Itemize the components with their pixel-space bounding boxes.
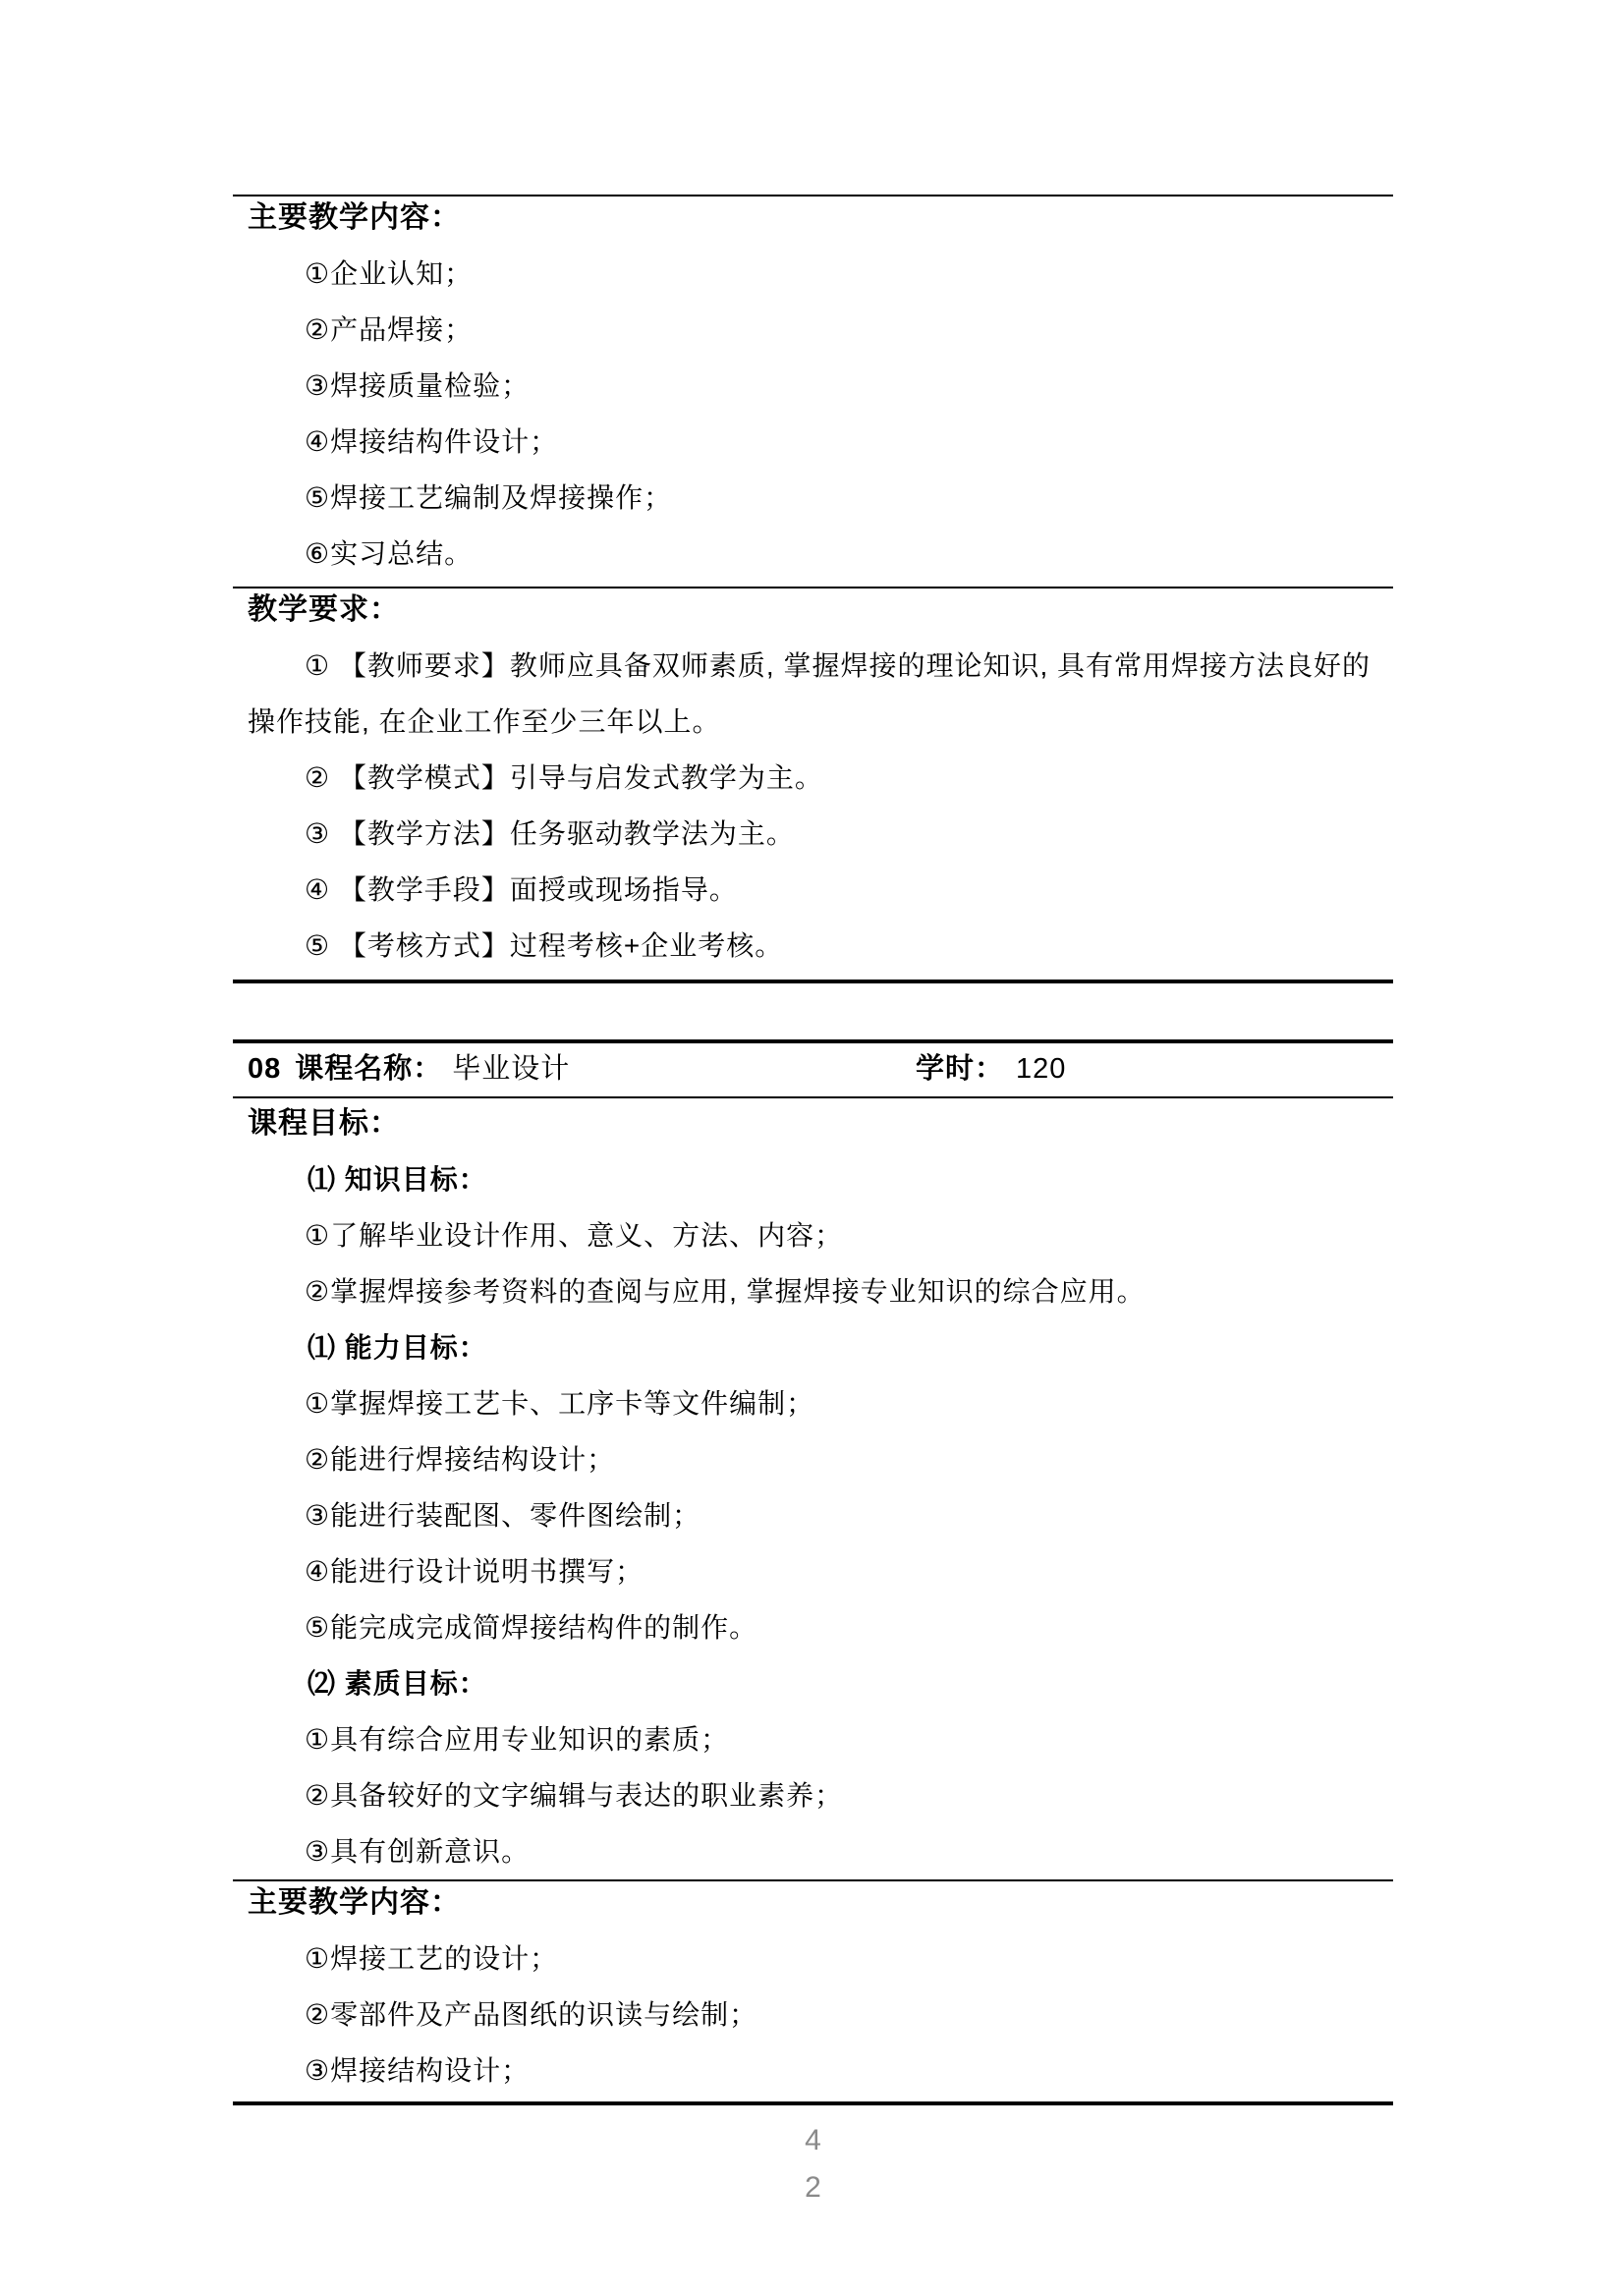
list-item: ⑥实习总结。 [233, 526, 1393, 582]
list-item: ①了解毕业设计作用、意义、方法、内容； [233, 1207, 1393, 1263]
section-teaching-content-prev: 主要教学内容： ①企业认知； ②产品焊接； ③焊接质量检验； ④焊接结构件设计；… [233, 195, 1393, 582]
list-item: ③能进行装配图、零件图绘制； [233, 1487, 1393, 1543]
subsection-title: ⑵ 素质目标： [233, 1655, 1393, 1711]
list-item: ②掌握焊接参考资料的查阅与应用, 掌握焊接专业知识的综合应用。 [233, 1263, 1393, 1319]
numbered-list: ①焊接工艺的设计； ②零部件及产品图纸的识读与绘制； ③焊接结构设计； [233, 1931, 1393, 2099]
page-number: 2 [233, 2171, 1393, 2205]
subsection-title: ⑴ 能力目标： [233, 1319, 1393, 1375]
numbered-list: ①企业认知； ②产品焊接； ③焊接质量检验； ④焊接结构件设计； ⑤焊接工艺编制… [233, 246, 1393, 582]
course-number: 08 [248, 1053, 281, 1085]
page-number: 4 [233, 2124, 1393, 2157]
course-hours-label: 学时： [916, 1053, 1004, 1085]
list-item: ②具备较好的文字编辑与表达的职业素养； [233, 1767, 1393, 1823]
list-item: ⑤ 【考核方式】过程考核+企业考核。 [233, 918, 1393, 974]
list-item: ③焊接质量检验； [233, 358, 1393, 414]
list-item: ②零部件及产品图纸的识读与绘制； [233, 1987, 1393, 2043]
list-item: ①企业认知； [233, 246, 1393, 302]
list-item: ② 【教学模式】引导与启发式教学为主。 [233, 750, 1393, 806]
course-hours-value: 120 [1016, 1053, 1066, 1085]
section-heading: 教学要求： [233, 588, 1393, 632]
numbered-list: ② 【教学模式】引导与启发式教学为主。 ③ 【教学方法】任务驱动教学法为主。 ④… [233, 750, 1393, 974]
list-item: ①具有综合应用专业知识的素质； [233, 1711, 1393, 1767]
requirement-paragraph: ① 【教师要求】教师应具备双师素质, 掌握焊接的理论知识, 具有常用焊接方法良好… [233, 638, 1393, 750]
list-item: ⑤焊接工艺编制及焊接操作； [233, 470, 1393, 526]
list-item: ③焊接结构设计； [233, 2043, 1393, 2099]
list-item: ③ 【教学方法】任务驱动教学法为主。 [233, 806, 1393, 862]
course-name-group: 08课程名称：毕业设计 [233, 1053, 570, 1085]
section-heading: 课程目标： [233, 1098, 1393, 1146]
course-name-value: 毕业设计 [452, 1053, 570, 1085]
course-header-row: 08课程名称：毕业设计 学时：120 [233, 1039, 1393, 1098]
subsection-title: ⑴ 知识目标： [233, 1151, 1393, 1207]
list-item: ④焊接结构件设计； [233, 414, 1393, 470]
list-item: ②能进行焊接结构设计； [233, 1431, 1393, 1487]
course-name-label: 课程名称： [295, 1053, 442, 1085]
document-page: 主要教学内容： ①企业认知； ②产品焊接； ③焊接质量检验； ④焊接结构件设计；… [0, 0, 1624, 2296]
list-item: ③具有创新意识。 [233, 1823, 1393, 1879]
list-item: ②产品焊接； [233, 302, 1393, 358]
list-item: ⑤能完成完成简焊接结构件的制作。 [233, 1599, 1393, 1655]
list-item: ④能进行设计说明书撰写； [233, 1543, 1393, 1599]
section-heading: 主要教学内容： [233, 196, 1393, 240]
goals-list: ⑴ 知识目标： ①了解毕业设计作用、意义、方法、内容； ②掌握焊接参考资料的查阅… [233, 1151, 1393, 1879]
list-item: ④ 【教学手段】面授或现场指导。 [233, 862, 1393, 918]
list-item: ①掌握焊接工艺卡、工序卡等文件编制； [233, 1375, 1393, 1431]
section-course-goals: 课程目标： ⑴ 知识目标： ①了解毕业设计作用、意义、方法、内容； ②掌握焊接参… [233, 1098, 1393, 1879]
course-hours-group: 学时：120 [916, 1043, 1066, 1094]
list-item: ①焊接工艺的设计； [233, 1931, 1393, 1987]
section-heading: 主要教学内容： [233, 1881, 1393, 1925]
section-teaching-requirements: 教学要求： ① 【教师要求】教师应具备双师素质, 掌握焊接的理论知识, 具有常用… [233, 587, 1393, 983]
section-teaching-content: 主要教学内容： ①焊接工艺的设计； ②零部件及产品图纸的识读与绘制； ③焊接结构… [233, 1879, 1393, 2105]
